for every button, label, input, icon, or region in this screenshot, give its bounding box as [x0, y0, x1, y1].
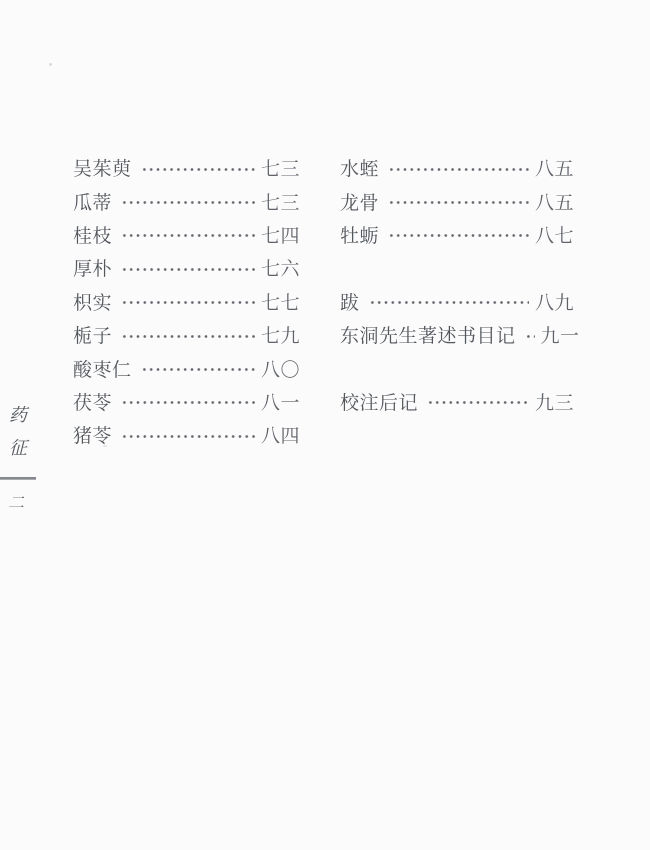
toc-entry-page: 八五 — [535, 154, 574, 181]
toc-column-left: 吴茱萸七三 瓜蒂七三 桂枝七四 厚朴七六 枳实七七 栀子七九 酸枣仁八〇 茯苓八… — [73, 151, 300, 452]
dotted-leader — [347, 432, 568, 441]
dotted-leader — [139, 165, 255, 174]
dotted-leader — [119, 432, 255, 441]
toc-entry-title: 龙骨 — [340, 188, 379, 215]
toc-entry-title: 枳实 — [73, 288, 112, 315]
toc-entry-title: 瓜蒂 — [73, 188, 112, 215]
scan-speck — [103, 445, 107, 447]
toc-entry-page: 八九 — [535, 288, 574, 315]
toc-entry-title: 栀子 — [73, 321, 112, 348]
toc-entry-page: 七六 — [261, 254, 300, 281]
toc-entry: 桂枝七四 — [73, 218, 300, 251]
toc-entry-title: 吴茱萸 — [73, 154, 132, 181]
toc-entry — [340, 418, 574, 451]
toc-entry: 东洞先生著述书目记九一 — [340, 318, 574, 351]
toc-entry-page: 七三 — [261, 154, 300, 181]
margin-title-char: 征 — [9, 439, 27, 457]
toc-entry-page: 七三 — [261, 188, 300, 215]
toc-entry: 猪苓八四 — [73, 418, 300, 451]
dotted-leader — [119, 265, 255, 274]
dotted-leader — [119, 398, 255, 407]
toc-entry: 牡蛎八七 — [340, 218, 574, 251]
dotted-leader — [119, 298, 255, 307]
toc-entry-title: 茯苓 — [73, 388, 112, 415]
toc-column-right: 水蛭八五 龙骨八五 牡蛎八七 跋八九 东洞先生著述书目记九一 校注后记九三 — [340, 151, 574, 452]
dotted-leader — [386, 231, 529, 240]
toc-entry-page: 八七 — [535, 221, 574, 248]
toc-entry: 茯苓八一 — [73, 385, 300, 418]
toc-entry — [340, 251, 574, 284]
toc-entry: 枳实七七 — [73, 285, 300, 318]
dotted-leader — [119, 198, 255, 207]
toc-entry — [340, 351, 574, 384]
toc-entry-title: 厚朴 — [73, 254, 112, 281]
toc-entry: 栀子七九 — [73, 318, 300, 351]
margin-title-char: 药 — [9, 406, 27, 424]
margin-page-number: 二 — [8, 496, 24, 512]
toc-entry: 校注后记九三 — [340, 385, 574, 418]
toc-entry-page: 九三 — [535, 388, 574, 415]
margin-book-title: 药 征 — [9, 406, 27, 457]
toc-entry: 酸枣仁八〇 — [73, 351, 300, 384]
dotted-leader — [119, 332, 255, 341]
dotted-leader — [347, 365, 568, 374]
toc-entry-title: 桂枝 — [73, 221, 112, 248]
toc-entry: 吴茱萸七三 — [73, 151, 300, 184]
margin-divider — [0, 477, 36, 480]
dotted-leader — [367, 298, 529, 307]
scan-speck — [49, 63, 52, 66]
book-page: 药 征 二 吴茱萸七三 瓜蒂七三 桂枝七四 厚朴七六 枳实七七 栀子七九 酸枣仁… — [0, 0, 650, 850]
toc-entry-page: 八四 — [261, 421, 300, 448]
toc-entry-title: 校注后记 — [340, 388, 418, 415]
toc-entry-page: 七九 — [261, 321, 300, 348]
dotted-leader — [386, 198, 529, 207]
toc-entry-page: 八五 — [535, 188, 574, 215]
toc-entry: 厚朴七六 — [73, 251, 300, 284]
toc-entry-page: 九一 — [541, 321, 580, 348]
dotted-leader — [347, 265, 568, 274]
dotted-leader — [139, 365, 255, 374]
toc-entry: 龙骨八五 — [340, 184, 574, 217]
toc-entry-page: 七四 — [261, 221, 300, 248]
toc-entry: 水蛭八五 — [340, 151, 574, 184]
dotted-leader — [425, 398, 529, 407]
toc-entry: 瓜蒂七三 — [73, 184, 300, 217]
toc-entry-page: 八一 — [261, 388, 300, 415]
toc-entry-title: 水蛭 — [340, 154, 379, 181]
toc-entry-page: 八〇 — [261, 355, 300, 382]
dotted-leader — [386, 165, 529, 174]
toc-entry-page: 七七 — [261, 288, 300, 315]
toc-entry: 跋八九 — [340, 285, 574, 318]
dotted-leader — [119, 231, 255, 240]
toc-entry-title: 跋 — [340, 288, 360, 315]
toc-entry-title: 牡蛎 — [340, 221, 379, 248]
toc-entry-title: 酸枣仁 — [73, 355, 132, 382]
toc-entry-title: 东洞先生著述书目记 — [340, 321, 516, 348]
dotted-leader — [523, 332, 535, 341]
